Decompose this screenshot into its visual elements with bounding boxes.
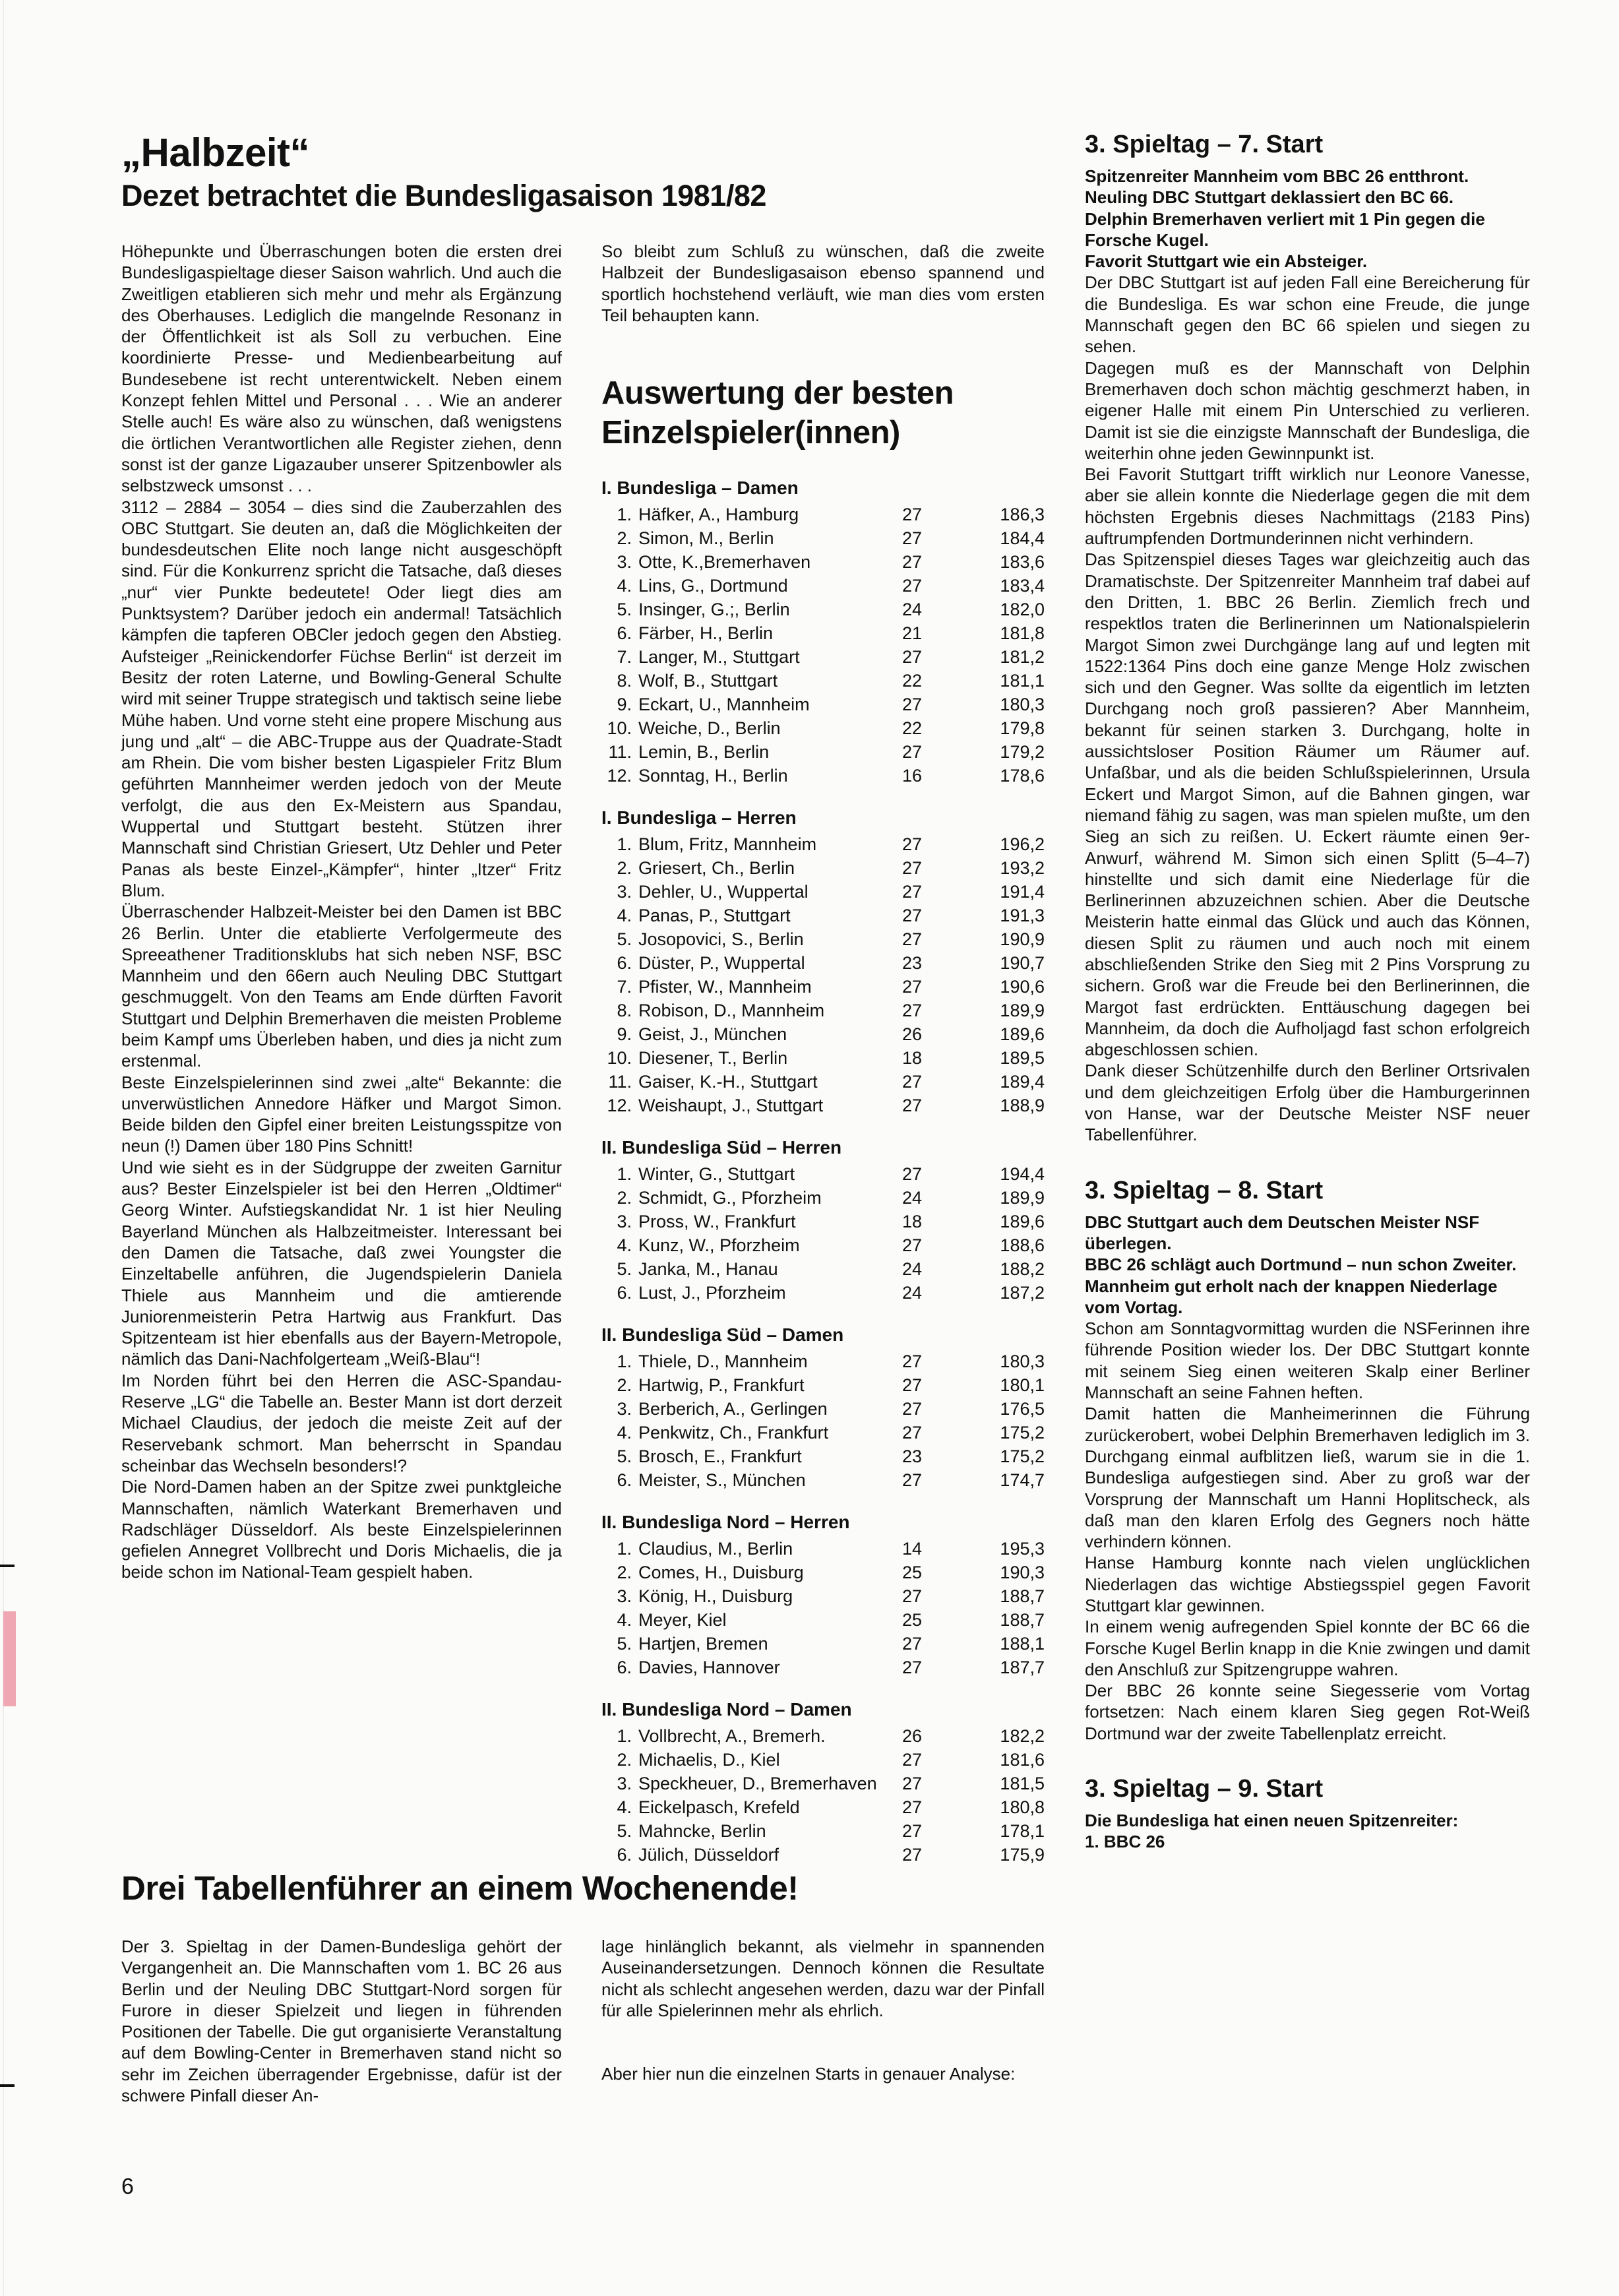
cell-name: Dehler, U., Wuppertal	[638, 880, 902, 904]
cell-avg: 189,6	[968, 1022, 1045, 1046]
spieltag-body: Schon am Sonntagvormittag wurden die NSF…	[1085, 1318, 1530, 1744]
cell-rank: 5.	[601, 1444, 638, 1468]
cell-games: 27	[902, 1795, 968, 1819]
cell-games: 27	[902, 1373, 968, 1397]
table-row: 6.Davies, Hannover27187,7	[601, 1656, 1045, 1679]
cell-rank: 2.	[601, 1748, 638, 1772]
cell-rank: 4.	[601, 1421, 638, 1444]
cell-avg: 174,7	[968, 1468, 1045, 1492]
table-row: 1.Vollbrecht, A., Bremerh.26182,2	[601, 1724, 1045, 1748]
table-row: 7.Langer, M., Stuttgart27181,2	[601, 645, 1045, 669]
cell-games: 27	[902, 1772, 968, 1795]
cell-rank: 10.	[601, 1046, 638, 1070]
table-row: 2.Michaelis, D., Kiel27181,6	[601, 1748, 1045, 1772]
cell-rank: 6.	[601, 1656, 638, 1679]
paragraph: Höhepunkte und Überraschungen boten die …	[121, 241, 562, 497]
cell-avg: 186,3	[968, 503, 1045, 526]
cell-rank: 6.	[601, 951, 638, 975]
paragraph: Das Spitzenspiel dieses Tages war gleich…	[1085, 549, 1530, 1060]
cell-name: Lins, G., Dortmund	[638, 574, 902, 598]
cell-rank: 2.	[601, 1186, 638, 1210]
league-table: II. Bundesliga Nord – Damen1.Vollbrecht,…	[601, 1698, 1045, 1867]
paragraph: Beste Einzelspielerinnen sind zwei „alte…	[121, 1072, 562, 1157]
cell-avg: 183,4	[968, 574, 1045, 598]
cell-name: Penkwitz, Ch., Frankfurt	[638, 1421, 902, 1444]
table-row: 3.Otte, K.,Bremerhaven27183,6	[601, 550, 1045, 574]
cell-games: 25	[902, 1608, 968, 1632]
table-row: 2.Hartwig, P., Frankfurt27180,1	[601, 1373, 1045, 1397]
cell-rank: 5.	[601, 1632, 638, 1656]
rankings-title: Auswertung der besten Einzelspieler(inne…	[601, 373, 1045, 452]
spieltag-body: Der DBC Stuttgart ist auf jeden Fall ein…	[1085, 272, 1530, 1145]
cell-games: 27	[902, 574, 968, 598]
cell-name: Mahncke, Berlin	[638, 1819, 902, 1843]
cell-avg: 181,5	[968, 1772, 1045, 1795]
cell-name: Berberich, A., Gerlingen	[638, 1397, 902, 1421]
cell-avg: 189,6	[968, 1210, 1045, 1233]
cell-name: Griesert, Ch., Berlin	[638, 856, 902, 880]
cell-avg: 180,8	[968, 1795, 1045, 1819]
cell-avg: 181,8	[968, 621, 1045, 645]
cell-games: 24	[902, 1281, 968, 1305]
cell-games: 27	[902, 1162, 968, 1186]
cell-name: Otte, K.,Bremerhaven	[638, 550, 902, 574]
table-row: 4.Eickelpasch, Krefeld27180,8	[601, 1795, 1045, 1819]
cell-avg: 190,6	[968, 975, 1045, 999]
table-row: 10.Diesener, T., Berlin18189,5	[601, 1046, 1045, 1070]
cell-name: Eckart, U., Mannheim	[638, 693, 902, 716]
cell-name: Diesener, T., Berlin	[638, 1046, 902, 1070]
table-row: 1.Häfker, A., Hamburg27186,3	[601, 503, 1045, 526]
table-row: 1.Claudius, M., Berlin14195,3	[601, 1537, 1045, 1561]
cell-rank: 2.	[601, 1373, 638, 1397]
cell-rank: 6.	[601, 621, 638, 645]
cell-avg: 176,5	[968, 1397, 1045, 1421]
spieltag-lead: Mannheim gut erholt nach der knappen Nie…	[1085, 1276, 1530, 1319]
cell-games: 27	[902, 693, 968, 716]
rankings-column: So bleibt zum Schluß zu wünschen, daß di…	[601, 241, 1045, 1885]
cell-avg: 189,9	[968, 999, 1045, 1022]
cell-rank: 7.	[601, 975, 638, 999]
cell-name: Brosch, E., Frankfurt	[638, 1444, 902, 1468]
cell-name: Sonntag, H., Berlin	[638, 764, 902, 788]
table-row: 2.Griesert, Ch., Berlin27193,2	[601, 856, 1045, 880]
cell-name: Meyer, Kiel	[638, 1608, 902, 1632]
article-closing: So bleibt zum Schluß zu wünschen, daß di…	[601, 241, 1045, 326]
cell-avg: 175,2	[968, 1444, 1045, 1468]
table-row: 2.Simon, M., Berlin27184,4	[601, 526, 1045, 550]
scan-edge-line	[3, 0, 4, 2296]
cell-name: Hartjen, Bremen	[638, 1632, 902, 1656]
cell-games: 27	[902, 1584, 968, 1608]
cell-games: 14	[902, 1537, 968, 1561]
cell-avg: 178,6	[968, 764, 1045, 788]
crop-mark-top	[0, 1565, 15, 1567]
paragraph: Aber hier nun die einzelnen Starts in ge…	[601, 2063, 1045, 2084]
cell-avg: 175,9	[968, 1843, 1045, 1867]
table-row: 9.Eckart, U., Mannheim27180,3	[601, 693, 1045, 716]
cell-rank: 11.	[601, 1070, 638, 1094]
cell-avg: 190,9	[968, 927, 1045, 951]
cell-rank: 4.	[601, 574, 638, 598]
table-row: 12.Sonntag, H., Berlin16178,6	[601, 764, 1045, 788]
league-title: II. Bundesliga Nord – Damen	[601, 1698, 1045, 1722]
spieltage-reports: 3. Spieltag – 7. StartSpitzenreiter Mann…	[1085, 129, 1530, 1853]
cell-name: Josopovici, S., Berlin	[638, 927, 902, 951]
cell-name: Lust, J., Pforzheim	[638, 1281, 902, 1305]
cell-avg: 182,0	[968, 598, 1045, 621]
cell-avg: 188,9	[968, 1094, 1045, 1117]
paragraph: Dagegen muß es der Mannschaft von Delphi…	[1085, 357, 1530, 464]
cell-games: 27	[902, 832, 968, 856]
cell-games: 24	[902, 1186, 968, 1210]
cell-name: Hartwig, P., Frankfurt	[638, 1373, 902, 1397]
table-row: 5.Janka, M., Hanau24188,2	[601, 1257, 1045, 1281]
cell-avg: 191,3	[968, 904, 1045, 927]
cell-games: 27	[902, 645, 968, 669]
cell-name: Thiele, D., Mannheim	[638, 1350, 902, 1373]
table-row: 5.Brosch, E., Frankfurt23175,2	[601, 1444, 1045, 1468]
spieltag-heading: 3. Spieltag – 7. Start	[1085, 129, 1530, 160]
cell-rank: 1.	[601, 1537, 638, 1561]
table-row: 5.Hartjen, Bremen27188,1	[601, 1632, 1045, 1656]
cell-name: Geist, J., München	[638, 1022, 902, 1046]
cell-rank: 1.	[601, 1162, 638, 1186]
page-number: 6	[121, 2173, 134, 2200]
cell-rank: 11.	[601, 740, 638, 764]
cell-rank: 12.	[601, 1094, 638, 1117]
cell-rank: 4.	[601, 1233, 638, 1257]
cell-avg: 179,2	[968, 740, 1045, 764]
cell-name: Michaelis, D., Kiel	[638, 1748, 902, 1772]
cell-avg: 189,9	[968, 1186, 1045, 1210]
table-row: 5.Mahncke, Berlin27178,1	[601, 1819, 1045, 1843]
table-row: 6.Meister, S., München27174,7	[601, 1468, 1045, 1492]
cell-avg: 188,6	[968, 1233, 1045, 1257]
cell-games: 24	[902, 598, 968, 621]
table-row: 4.Penkwitz, Ch., Frankfurt27175,2	[601, 1421, 1045, 1444]
cell-games: 27	[902, 1397, 968, 1421]
cell-rank: 9.	[601, 1022, 638, 1046]
cell-games: 21	[902, 621, 968, 645]
cell-rank: 2.	[601, 526, 638, 550]
cell-name: Blum, Fritz, Mannheim	[638, 832, 902, 856]
cell-name: Wolf, B., Stuttgart	[638, 669, 902, 693]
spieltag-lead: BBC 26 schlägt auch Dortmund – nun schon…	[1085, 1254, 1530, 1275]
paragraph: 3112 – 2884 – 3054 – dies sind die Zaube…	[121, 497, 562, 902]
paragraph: Im Norden führt bei den Herren die ASC-S…	[121, 1370, 562, 1476]
cell-avg: 190,7	[968, 951, 1045, 975]
table-row: 3.Dehler, U., Wuppertal27191,4	[601, 880, 1045, 904]
paragraph: In einem wenig aufregenden Spiel konnte …	[1085, 1616, 1530, 1680]
cell-games: 27	[902, 880, 968, 904]
league-table: II. Bundesliga Süd – Herren1.Winter, G.,…	[601, 1136, 1045, 1305]
spieltag-report: 3. Spieltag – 8. StartDBC Stuttgart auch…	[1085, 1175, 1530, 1744]
cell-games: 27	[902, 904, 968, 927]
cell-games: 16	[902, 764, 968, 788]
cell-name: Comes, H., Duisburg	[638, 1561, 902, 1584]
paragraph: lage hinlänglich bekannt, als vielmehr i…	[601, 1936, 1045, 2021]
cell-rank: 1.	[601, 1350, 638, 1373]
cell-name: Davies, Hannover	[638, 1656, 902, 1679]
table-row: 11.Lemin, B., Berlin27179,2	[601, 740, 1045, 764]
cell-name: Lemin, B., Berlin	[638, 740, 902, 764]
table-row: 4.Meyer, Kiel25188,7	[601, 1608, 1045, 1632]
paragraph: Der DBC Stuttgart ist auf jeden Fall ein…	[1085, 272, 1530, 357]
cell-games: 22	[902, 716, 968, 740]
cell-rank: 7.	[601, 645, 638, 669]
table-row: 7.Pfister, W., Mannheim27190,6	[601, 975, 1045, 999]
cell-rank: 1.	[601, 832, 638, 856]
spieltag-heading: 3. Spieltag – 8. Start	[1085, 1175, 1530, 1206]
table-row: 2.Schmidt, G., Pforzheim24189,9	[601, 1186, 1045, 1210]
cell-name: Eickelpasch, Krefeld	[638, 1795, 902, 1819]
table-row: 4.Panas, P., Stuttgart27191,3	[601, 904, 1045, 927]
league-title: II. Bundesliga Süd – Herren	[601, 1136, 1045, 1160]
cell-games: 27	[902, 1656, 968, 1679]
cell-rank: 3.	[601, 550, 638, 574]
cell-rank: 5.	[601, 1257, 638, 1281]
table-row: 12.Weishaupt, J., Stuttgart27188,9	[601, 1094, 1045, 1117]
cell-games: 27	[902, 550, 968, 574]
cell-rank: 3.	[601, 1772, 638, 1795]
article-left-column: „Halbzeit“ Dezet betrachtet die Bundesli…	[121, 129, 562, 1583]
league-table: I. Bundesliga – Herren1.Blum, Fritz, Man…	[601, 806, 1045, 1117]
cell-name: Weishaupt, J., Stuttgart	[638, 1094, 902, 1117]
cell-name: Pfister, W., Mannheim	[638, 975, 902, 999]
cell-avg: 184,4	[968, 526, 1045, 550]
cell-rank: 6.	[601, 1468, 638, 1492]
cell-games: 27	[902, 1070, 968, 1094]
cell-games: 24	[902, 1257, 968, 1281]
spieltag-report: 3. Spieltag – 7. StartSpitzenreiter Mann…	[1085, 129, 1530, 1146]
cell-name: Färber, H., Berlin	[638, 621, 902, 645]
table-row: 3.Speckheuer, D., Bremerhaven27181,5	[601, 1772, 1045, 1795]
spieltag-lead: Favorit Stuttgart wie ein Absteiger.	[1085, 251, 1530, 272]
cell-rank: 5.	[601, 1819, 638, 1843]
cell-rank: 4.	[601, 1795, 638, 1819]
rankings-tables: I. Bundesliga – Damen1.Häfker, A., Hambu…	[601, 476, 1045, 1867]
article-subtitle: Dezet betrachtet die Bundesligasaison 19…	[121, 177, 562, 214]
table-row: 9.Geist, J., München26189,6	[601, 1022, 1045, 1046]
cell-name: Pross, W., Frankfurt	[638, 1210, 902, 1233]
cell-rank: 1.	[601, 503, 638, 526]
cell-games: 27	[902, 1748, 968, 1772]
paragraph: Der BBC 26 konnte seine Siegesserie vom …	[1085, 1680, 1530, 1744]
spieltag-lead: Neuling DBC Stuttgart deklassiert den BC…	[1085, 187, 1530, 208]
accent-color-strip	[3, 1611, 16, 1706]
cell-name: Janka, M., Hanau	[638, 1257, 902, 1281]
cell-games: 22	[902, 669, 968, 693]
cell-name: Häfker, A., Hamburg	[638, 503, 902, 526]
league-table: II. Bundesliga Nord – Herren1.Claudius, …	[601, 1510, 1045, 1679]
paragraph: Hanse Hamburg konnte nach vielen unglück…	[1085, 1552, 1530, 1616]
cell-rank: 3.	[601, 1584, 638, 1608]
cell-name: Meister, S., München	[638, 1468, 902, 1492]
article-body: Höhepunkte und Überraschungen boten die …	[121, 241, 562, 1583]
table-row: 8.Wolf, B., Stuttgart22181,1	[601, 669, 1045, 693]
cell-name: Speckheuer, D., Bremerhaven	[638, 1772, 902, 1795]
cell-games: 27	[902, 927, 968, 951]
cell-games: 27	[902, 1468, 968, 1492]
league-table: II. Bundesliga Süd – Damen1.Thiele, D., …	[601, 1323, 1045, 1492]
cell-name: Weiche, D., Berlin	[638, 716, 902, 740]
cell-name: Langer, M., Stuttgart	[638, 645, 902, 669]
spieltag-lead: DBC Stuttgart auch dem Deutschen Meister…	[1085, 1212, 1530, 1255]
cell-games: 27	[902, 740, 968, 764]
cell-name: Jülich, Düsseldorf	[638, 1843, 902, 1867]
cell-rank: 9.	[601, 693, 638, 716]
cell-avg: 187,7	[968, 1656, 1045, 1679]
cell-rank: 6.	[601, 1281, 638, 1305]
cell-avg: 175,2	[968, 1421, 1045, 1444]
weekend-text-mid: lage hinlänglich bekannt, als vielmehr i…	[601, 1936, 1045, 2084]
paragraph: Und wie sieht es in der Südgruppe der zw…	[121, 1157, 562, 1370]
cell-avg: 188,7	[968, 1584, 1045, 1608]
table-row: 1.Winter, G., Stuttgart27194,4	[601, 1162, 1045, 1186]
table-row: 11.Gaiser, K.-H., Stuttgart27189,4	[601, 1070, 1045, 1094]
table-row: 2.Comes, H., Duisburg25190,3	[601, 1561, 1045, 1584]
cell-name: Schmidt, G., Pforzheim	[638, 1186, 902, 1210]
cell-rank: 5.	[601, 598, 638, 621]
cell-rank: 4.	[601, 904, 638, 927]
league-title: I. Bundesliga – Damen	[601, 476, 1045, 500]
cell-name: Kunz, W., Pforzheim	[638, 1233, 902, 1257]
cell-avg: 193,2	[968, 856, 1045, 880]
crop-mark-bottom	[0, 2084, 15, 2087]
table-row: 3.Pross, W., Frankfurt18189,6	[601, 1210, 1045, 1233]
cell-games: 27	[902, 999, 968, 1022]
weekend-title: Drei Tabellenführer an einem Wochenende!	[121, 1868, 799, 1909]
cell-rank: 2.	[601, 1561, 638, 1584]
cell-games: 27	[902, 1819, 968, 1843]
table-row: 5.Insinger, G.;, Berlin24182,0	[601, 598, 1045, 621]
cell-games: 27	[902, 1350, 968, 1373]
cell-avg: 194,4	[968, 1162, 1045, 1186]
cell-avg: 187,2	[968, 1281, 1045, 1305]
paragraph: Bei Favorit Stuttgart trifft wirklich nu…	[1085, 464, 1530, 549]
table-row: 3.Berberich, A., Gerlingen27176,5	[601, 1397, 1045, 1421]
cell-games: 23	[902, 951, 968, 975]
cell-games: 27	[902, 975, 968, 999]
cell-games: 27	[902, 1233, 968, 1257]
cell-rank: 10.	[601, 716, 638, 740]
cell-avg: 189,5	[968, 1046, 1045, 1070]
paragraph: Dank dieser Schützenhilfe durch den Berl…	[1085, 1060, 1530, 1145]
spieltag-lead: Spitzenreiter Mannheim vom BBC 26 entthr…	[1085, 166, 1530, 187]
spieltag-lead: 1. BBC 26	[1085, 1831, 1530, 1852]
cell-avg: 180,3	[968, 1350, 1045, 1373]
spieltag-report: 3. Spieltag – 9. StartDie Bundesliga hat…	[1085, 1773, 1530, 1853]
table-row: 6.Färber, H., Berlin21181,8	[601, 621, 1045, 645]
cell-avg: 183,6	[968, 550, 1045, 574]
table-row: 1.Blum, Fritz, Mannheim27196,2	[601, 832, 1045, 856]
cell-rank: 4.	[601, 1608, 638, 1632]
cell-rank: 1.	[601, 1724, 638, 1748]
cell-avg: 181,6	[968, 1748, 1045, 1772]
cell-games: 27	[902, 1094, 968, 1117]
table-row: 5.Josopovici, S., Berlin27190,9	[601, 927, 1045, 951]
cell-games: 26	[902, 1724, 968, 1748]
cell-name: Vollbrecht, A., Bremerh.	[638, 1724, 902, 1748]
cell-games: 27	[902, 526, 968, 550]
cell-games: 27	[902, 1843, 968, 1867]
cell-avg: 180,3	[968, 693, 1045, 716]
table-row: 3.König, H., Duisburg27188,7	[601, 1584, 1045, 1608]
cell-rank: 8.	[601, 999, 638, 1022]
spieltag-heading: 3. Spieltag – 9. Start	[1085, 1773, 1530, 1805]
cell-games: 27	[902, 503, 968, 526]
weekend-text-left: Der 3. Spieltag in der Damen-Bundesliga …	[121, 1936, 562, 2106]
cell-avg: 189,4	[968, 1070, 1045, 1094]
table-row: 10.Weiche, D., Berlin22179,8	[601, 716, 1045, 740]
cell-rank: 3.	[601, 1210, 638, 1233]
paragraph: Überraschender Halbzeit-Meister bei den …	[121, 901, 562, 1071]
table-row: 8.Robison, D., Mannheim27189,9	[601, 999, 1045, 1022]
cell-games: 27	[902, 856, 968, 880]
cell-name: Claudius, M., Berlin	[638, 1537, 902, 1561]
cell-avg: 178,1	[968, 1819, 1045, 1843]
paragraph: Schon am Sonntagvormittag wurden die NSF…	[1085, 1318, 1530, 1403]
cell-avg: 191,4	[968, 880, 1045, 904]
table-row: 4.Kunz, W., Pforzheim27188,6	[601, 1233, 1045, 1257]
cell-games: 23	[902, 1444, 968, 1468]
cell-name: Panas, P., Stuttgart	[638, 904, 902, 927]
league-title: II. Bundesliga Nord – Herren	[601, 1510, 1045, 1534]
cell-name: König, H., Duisburg	[638, 1584, 902, 1608]
paragraph: Damit hatten die Manheimerinnen die Führ…	[1085, 1403, 1530, 1552]
cell-avg: 181,1	[968, 669, 1045, 693]
table-row: 1.Thiele, D., Mannheim27180,3	[601, 1350, 1045, 1373]
cell-rank: 6.	[601, 1843, 638, 1867]
cell-rank: 5.	[601, 927, 638, 951]
cell-avg: 188,1	[968, 1632, 1045, 1656]
cell-avg: 182,2	[968, 1724, 1045, 1748]
spieltage-column: 3. Spieltag – 7. StartSpitzenreiter Mann…	[1085, 129, 1530, 1882]
cell-rank: 3.	[601, 1397, 638, 1421]
table-row: 6.Düster, P., Wuppertal23190,7	[601, 951, 1045, 975]
cell-avg: 180,1	[968, 1373, 1045, 1397]
article-title: „Halbzeit“	[121, 129, 562, 177]
cell-name: Robison, D., Mannheim	[638, 999, 902, 1022]
cell-rank: 8.	[601, 669, 638, 693]
spieltag-lead: Die Bundesliga hat einen neuen Spitzenre…	[1085, 1810, 1530, 1831]
cell-name: Gaiser, K.-H., Stuttgart	[638, 1070, 902, 1094]
paragraph: Die Nord-Damen haben an der Spitze zwei …	[121, 1476, 562, 1582]
cell-name: Simon, M., Berlin	[638, 526, 902, 550]
cell-avg: 195,3	[968, 1537, 1045, 1561]
cell-games: 18	[902, 1046, 968, 1070]
cell-avg: 188,7	[968, 1608, 1045, 1632]
table-row: 6.Jülich, Düsseldorf27175,9	[601, 1843, 1045, 1867]
table-row: 6.Lust, J., Pforzheim24187,2	[601, 1281, 1045, 1305]
cell-rank: 3.	[601, 880, 638, 904]
cell-avg: 190,3	[968, 1561, 1045, 1584]
cell-games: 25	[902, 1561, 968, 1584]
cell-rank: 2.	[601, 856, 638, 880]
cell-name: Insinger, G.;, Berlin	[638, 598, 902, 621]
spieltag-lead: Delphin Bremerhaven verliert mit 1 Pin g…	[1085, 208, 1530, 251]
cell-avg: 181,2	[968, 645, 1045, 669]
cell-name: Winter, G., Stuttgart	[638, 1162, 902, 1186]
cell-name: Düster, P., Wuppertal	[638, 951, 902, 975]
table-row: 4.Lins, G., Dortmund27183,4	[601, 574, 1045, 598]
cell-games: 26	[902, 1022, 968, 1046]
league-title: I. Bundesliga – Herren	[601, 806, 1045, 830]
cell-avg: 179,8	[968, 716, 1045, 740]
cell-avg: 188,2	[968, 1257, 1045, 1281]
cell-rank: 12.	[601, 764, 638, 788]
